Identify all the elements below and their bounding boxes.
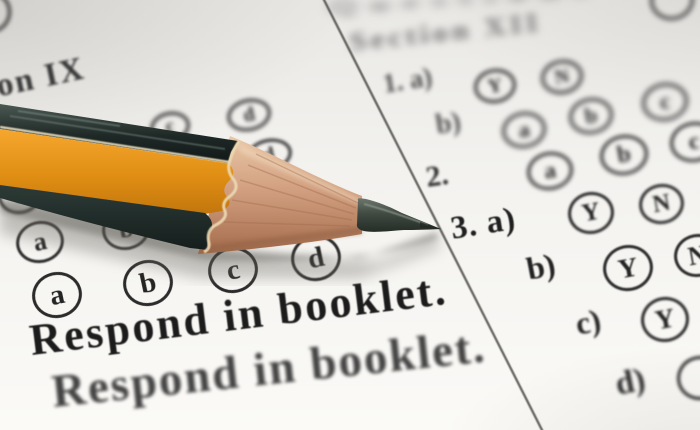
pencil-and-divider-layer bbox=[0, 0, 700, 430]
photo-answer-sheet-scene: ion IX c d d a a b c a b c d Respond in … bbox=[0, 0, 700, 430]
